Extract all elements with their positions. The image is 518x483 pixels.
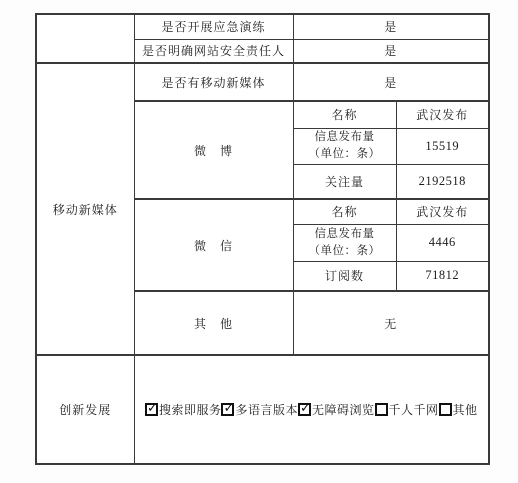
annual-report-table: 是否开展应急演练 是 是否明确网站安全责任人 是 移动新媒体 是否有移动新媒体 … — [35, 13, 490, 465]
wechat-group-label: 微 信 — [134, 199, 293, 291]
security-officer-label: 是否明确网站安全责任人 — [134, 39, 293, 63]
weibo-name-value: 武汉发布 — [396, 101, 489, 128]
checkbox-label: 多语言版本 — [235, 403, 298, 417]
emergency-drill-value: 是 — [293, 14, 489, 39]
weibo-name-label: 名称 — [293, 101, 396, 128]
section-cell-mobile-media: 移动新媒体 — [36, 63, 134, 355]
checkbox-item-accessibility: 无障碍浏览 — [298, 401, 375, 418]
checkbox-label: 其他 — [453, 403, 478, 417]
weibo-posts-label-line2: （单位：条） — [294, 146, 396, 163]
weibo-posts-label-line1: 信息发布量 — [294, 129, 396, 146]
checkbox-label: 千人千网 — [389, 403, 439, 417]
checkbox-item-search-service: 搜索即服务 — [145, 401, 222, 418]
row-emergency-drill: 是否开展应急演练 是 — [36, 14, 489, 39]
row-innovation: 创新发展 搜索即服务多语言版本无障碍浏览千人千网其他 — [36, 355, 489, 464]
weibo-group-label: 微 博 — [134, 101, 293, 199]
wechat-subscribers-label: 订阅数 — [293, 261, 396, 291]
checkbox-item-personalized-web: 千人千网 — [375, 401, 439, 418]
innovation-checkboxes: 搜索即服务多语言版本无障碍浏览千人千网其他 — [145, 403, 478, 417]
other-media-value: 无 — [293, 291, 489, 355]
section-cell-innovation: 创新发展 — [36, 355, 134, 464]
checkbox-item-multilingual: 多语言版本 — [221, 401, 298, 418]
section-cell-empty — [36, 14, 134, 63]
checkbox-icon — [298, 403, 311, 416]
wechat-name-label: 名称 — [293, 199, 396, 224]
checkbox-icon — [145, 403, 158, 416]
wechat-posts-label: 信息发布量 （单位：条） — [293, 224, 396, 261]
weibo-posts-value: 15519 — [396, 128, 489, 164]
has-mobile-label: 是否有移动新媒体 — [134, 63, 293, 101]
weibo-followers-value: 2192518 — [396, 164, 489, 199]
checkbox-icon — [375, 403, 388, 416]
weibo-posts-label: 信息发布量 （单位：条） — [293, 128, 396, 164]
wechat-name-value: 武汉发布 — [396, 199, 489, 224]
emergency-drill-label: 是否开展应急演练 — [134, 14, 293, 39]
checkbox-item-other: 其他 — [439, 401, 478, 418]
innovation-checkbox-cell: 搜索即服务多语言版本无障碍浏览千人千网其他 — [134, 355, 489, 464]
weibo-followers-label: 关注量 — [293, 164, 396, 199]
wechat-posts-label-line1: 信息发布量 — [294, 226, 396, 243]
wechat-subscribers-value: 71812 — [396, 261, 489, 291]
has-mobile-value: 是 — [293, 63, 489, 101]
checkbox-icon — [439, 403, 452, 416]
document-page: 是否开展应急演练 是 是否明确网站安全责任人 是 移动新媒体 是否有移动新媒体 … — [0, 0, 518, 483]
wechat-posts-value: 4446 — [396, 224, 489, 261]
checkbox-icon — [221, 403, 234, 416]
row-has-mobile-media: 移动新媒体 是否有移动新媒体 是 — [36, 63, 489, 101]
checkbox-label: 无障碍浏览 — [312, 403, 375, 417]
checkbox-label: 搜索即服务 — [159, 403, 222, 417]
wechat-posts-label-line2: （单位：条） — [294, 243, 396, 260]
security-officer-value: 是 — [293, 39, 489, 63]
other-media-label: 其 他 — [134, 291, 293, 355]
